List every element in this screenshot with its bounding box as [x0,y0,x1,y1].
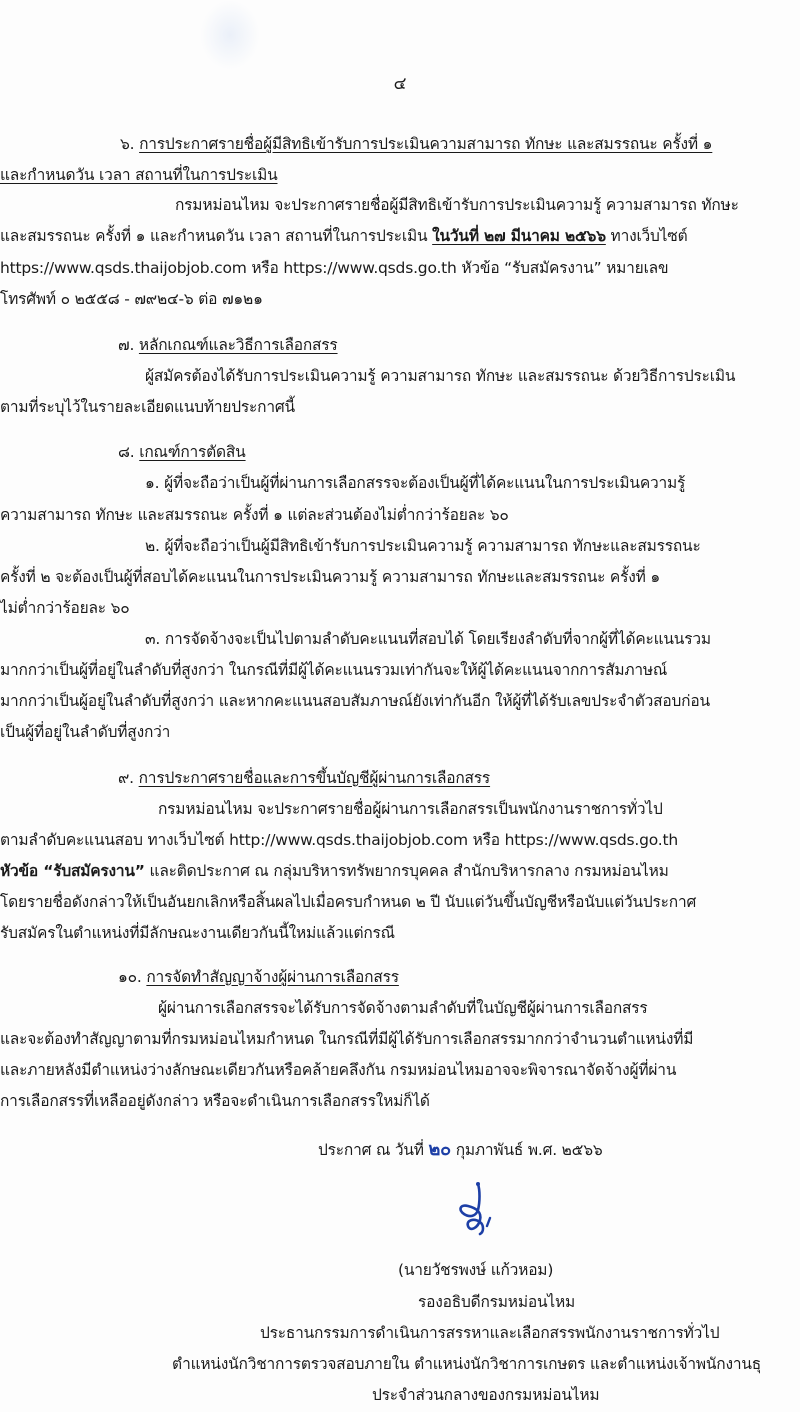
handwritten-day: ๒๐ [429,1139,451,1160]
announcement-prefix: ประกาศ ณ วันที่ [318,1141,424,1159]
section8-item3-line2: มากกว่าเป็นผู้ที่อยู่ในลำดับที่สูงกว่า ใ… [0,660,667,680]
section8-number: ๘. [118,443,135,461]
section6-body-text-post: ทางเว็บไซต์ [606,227,688,245]
section9-body-line4: โดยรายชื่อดังกล่าวให้เป็นอันยกเลิกหรือสิ… [0,892,696,912]
section6-heading-line2: และกำหนดวัน เวลา สถานที่ในการประเมิน [0,165,277,185]
page-number: ๔ [0,70,800,97]
document-page: ๔ ๖. การประกาศรายชื่อผู้มีสิทธิเข้ารับกา… [0,0,800,1412]
section9-number: ๙. [118,769,134,787]
signatory-name: (นายวัชรพงษ์ แก้วหอม) [398,1260,553,1280]
section10-heading-line: ๑๐. การจัดทำสัญญาจ้างผู้ผ่านการเลือกสรร [118,967,399,987]
section6-body-line1: กรมหม่อนไหม จะประกาศรายชื่อผู้มีสิทธิเข้… [175,195,739,215]
signatory-title1: รองอธิบดีกรมหม่อนไหม [418,1292,575,1312]
section6-body-text: และสมรรถนะ ครั้งที่ ๑ และกำหนดวัน เวลา ส… [0,227,432,245]
section8-heading-line: ๘. เกณฑ์การตัดสิน [118,442,246,462]
section9-body-line3: หัวข้อ “รับสมัครงาน” และติดประกาศ ณ กลุ่… [0,861,669,881]
section9-body-line1: กรมหม่อนไหม จะประกาศรายชื่อผู้ผ่านการเลื… [158,799,663,819]
section7-number: ๗. [118,336,134,354]
section9-heading-line: ๙. การประกาศรายชื่อและการขึ้นบัญชีผู้ผ่า… [118,768,490,788]
section9-heading: การประกาศรายชื่อและการขึ้นบัญชีผู้ผ่านกา… [139,769,490,787]
section10-heading: การจัดทำสัญญาจ้างผู้ผ่านการเลือกสรร [146,968,399,986]
section8-item1-line2: ความสามารถ ทักษะ และสมรรถนะ ครั้งที่ ๑ แ… [0,505,509,525]
signatory-title3: ตำแหน่งนักวิชาการตรวจสอบภายใน ตำแหน่งนัก… [172,1354,761,1374]
section7-body-line2: ตามที่ระบุไว้ในรายละเอียดแนบท้ายประกาศนี… [0,397,295,417]
section8-heading: เกณฑ์การตัดสิน [139,443,245,461]
section10-body-line1: ผู้ผ่านการเลือกสรรจะได้รับการจัดจ้างตามล… [158,998,648,1018]
scan-smudge [200,0,260,70]
section10-body-line2: และจะต้องทำสัญญาตามที่กรมหม่อนไหมกำหนด ใ… [0,1029,693,1049]
apply-topic-label: หัวข้อ “รับสมัครงาน” [0,862,145,880]
assessment-date: ในวันที่ ๒๗ มีนาคม ๒๕๖๖ [432,227,606,245]
section6-body-line4: โทรศัพท์ ๐ ๒๕๕๘ - ๗๙๒๔-๖ ต่อ ๗๑๒๑ [0,289,263,309]
section10-number: ๑๐. [118,968,142,986]
section8-item3-line4: เป็นผู้ที่อยู่ในลำดับที่สูงกว่า [0,722,170,742]
announcement-suffix: กุมภาพันธ์ พ.ศ. ๒๕๖๖ [456,1141,603,1159]
section9-body-line5: รับสมัครในตำแหน่งที่มีลักษณะงานเดียวกันน… [0,923,395,943]
section6-heading: การประกาศรายชื่อผู้มีสิทธิเข้ารับการประเ… [139,135,712,153]
section6-number: ๖. [120,135,134,153]
section10-body-line4: การเลือกสรรที่เหลืออยู่ดังกล่าว หรือจะดำ… [0,1091,430,1111]
announcement-date-line: ประกาศ ณ วันที่ ๒๐ กุมภาพันธ์ พ.ศ. ๒๕๖๖ [318,1140,603,1160]
signature-icon [450,1180,510,1240]
section8-item2-line3: ไม่ต่ำกว่าร้อยละ ๖๐ [0,598,130,618]
section8-item3-line1: ๓. การจัดจ้างจะเป็นไปตามลำดับคะแนนที่สอบ… [145,629,711,649]
section7-heading: หลักเกณฑ์และวิธีการเลือกสรร [139,336,338,354]
section6-body-line2: และสมรรถนะ ครั้งที่ ๑ และกำหนดวัน เวลา ส… [0,226,687,246]
section9-body-line2: ตามลำดับคะแนนสอบ ทางเว็บไซต์ http://www.… [0,830,678,850]
section8-item3-line3: มากกว่าเป็นผู้อยู่ในลำดับที่สูงกว่า และห… [0,691,710,711]
signatory-title2: ประธานกรรมการดำเนินการสรรหาและเลือกสรรพน… [260,1323,719,1343]
section9-body-text: และติดประกาศ ณ กลุ่มบริหารทรัพยากรบุคคล … [145,862,669,880]
section6-body-line3: https://www.qsds.thaijobjob.com หรือ htt… [0,258,668,278]
section8-item2-line1: ๒. ผู้ที่จะถือว่าเป็นผู้มีสิทธิเข้ารับกา… [145,536,701,556]
signatory-title4: ประจำส่วนกลางของกรมหม่อนไหม [372,1385,599,1405]
section7-body-line1: ผู้สมัครต้องได้รับการประเมินความรู้ ความ… [145,366,735,386]
section8-item1-line1: ๑. ผู้ที่จะถือว่าเป็นผู้ที่ผ่านการเลือกส… [145,473,685,493]
section8-item2-line2: ครั้งที่ ๒ จะต้องเป็นผู้ที่สอบได้คะแนนใน… [0,567,660,587]
section7-heading-line: ๗. หลักเกณฑ์และวิธีการเลือกสรร [118,335,338,355]
section10-body-line3: และภายหลังมีตำแหน่งว่างลักษณะเดียวกันหรื… [0,1060,676,1080]
section6-heading-line1: ๖. การประกาศรายชื่อผู้มีสิทธิเข้ารับการป… [120,134,712,154]
